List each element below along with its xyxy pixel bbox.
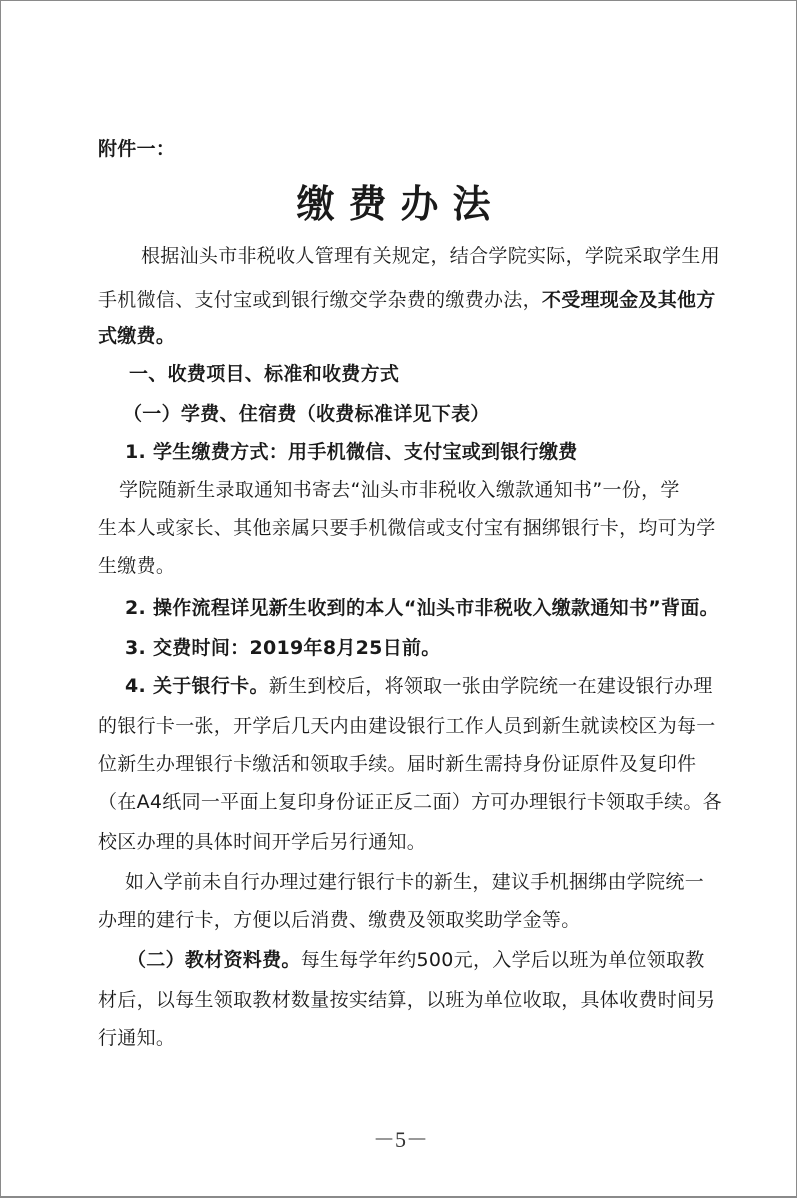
attachment-label: 附件一： (98, 134, 175, 161)
document-title: 缴费办法 (1, 173, 799, 228)
subsection2-line-1: （二）教材资料费。每生每学年约500元，入学后以班为单位领取教 (127, 945, 705, 972)
intro-line-2-normal: 手机微信、支付宝或到银行缴交学杂费的缴费办法， (98, 289, 542, 311)
subsection2-line-2: 材后，以每生领取教材数量按实结算，以班为单位收取，具体收费时间另 (98, 985, 716, 1012)
item4-line-1-rest: 新生到校后，将领取一张由学院统一在建设银行办理 (269, 675, 713, 697)
page: 附件一： 缴费办法 根据汕头市非税收人管理有关规定，结合学院实际，学院采取学生用… (0, 0, 797, 1198)
intro-line-2: 手机微信、支付宝或到银行缴交学杂费的缴费办法，不受理现金及其他方 (98, 285, 716, 312)
intro-line-2-bold: 不受理现金及其他方 (542, 289, 716, 311)
item1-heading: 1. 学生缴费方式：用手机微信、支付宝或到银行缴费 (125, 437, 578, 464)
item2: 2. 操作流程详见新生收到的本人“汕头市非税收入缴款通知书”背面。 (125, 593, 719, 620)
ccb-note-line-2: 办理的建行卡，方便以后消费、缴费及领取奖助学金等。 (98, 905, 581, 932)
item4-line-3: 位新生办理银行卡缴活和领取手续。届时新生需持身份证原件及复印件 (98, 749, 696, 776)
item1-body-line-1: 学院随新生录取通知书寄去“汕头市非税收入缴款通知书”一份，学 (119, 475, 680, 502)
intro-line-3: 式缴费。 (98, 321, 175, 348)
subsection1-heading: （一）学费、住宿费（收费标准详见下表） (123, 399, 490, 426)
section1-heading: 一、收费项目、标准和收费方式 (129, 359, 399, 386)
item4-line-4: （在A4纸同一平面上复印身份证正反二面）方可办理银行卡领取手续。各 (98, 787, 722, 814)
subsection2-heading: （二）教材资料费。 (127, 949, 301, 971)
subsection2-line-3: 行通知。 (98, 1023, 175, 1050)
item3: 3. 交费时间：2019年8月25日前。 (125, 633, 441, 660)
item4-line-2: 的银行卡一张，开学后几天内由建设银行工作人员到新生就读校区为每一 (98, 711, 716, 738)
page-number: －5－ (1, 1123, 799, 1154)
item4-line-1: 4. 关于银行卡。新生到校后，将领取一张由学院统一在建设银行办理 (125, 671, 713, 698)
item1-body-line-2: 生本人或家长、其他亲属只要手机微信或支付宝有捆绑银行卡，均可为学 (98, 513, 716, 540)
subsection2-line-1-rest: 每生每学年约500元，入学后以班为单位领取教 (301, 949, 705, 971)
intro-line-1: 根据汕头市非税收人管理有关规定，结合学院实际，学院采取学生用 (141, 241, 720, 268)
ccb-note-line-1: 如入学前未自行办理过建行银行卡的新生，建议手机捆绑由学院统一 (125, 867, 704, 894)
item1-body-line-3: 生缴费。 (98, 551, 175, 578)
item4-heading: 4. 关于银行卡。 (125, 675, 269, 697)
item4-line-5: 校区办理的具体时间开学后另行通知。 (98, 827, 426, 854)
